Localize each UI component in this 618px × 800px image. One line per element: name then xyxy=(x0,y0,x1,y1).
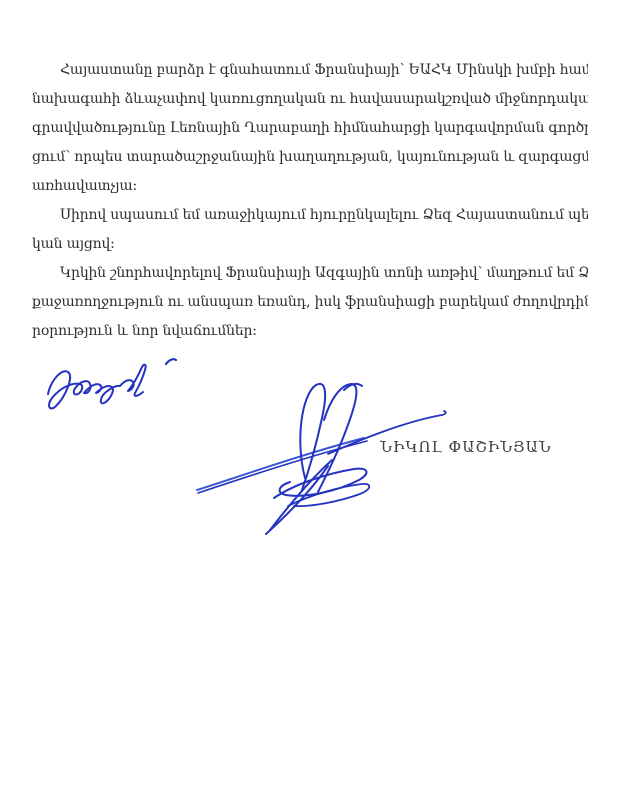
text-line: քաջառողջություն ու անսպառ եռանդ, իսկ ֆրա… xyxy=(32,288,588,317)
text-line: առհավատչյա։ xyxy=(32,172,588,201)
text-line: գրավվածությունը Լեռնային Ղարաբաղի հիմնահ… xyxy=(32,114,588,143)
text-line: Սիրով սպասում եմ առաջիկայում հյուրընկալե… xyxy=(32,201,588,230)
signature xyxy=(178,378,478,543)
text-line: Հայաստանը բարձր է գնահատում Ֆրանսիայի՝ Ե… xyxy=(32,56,588,85)
text-line: նախագահի ձևաչափով կառուցողական ու հավասա… xyxy=(32,85,588,114)
signer-name: ՆԻԿՈԼ ՓԱՇԻՆՅԱՆ xyxy=(380,438,552,456)
text-line: ցում՝ որպես տարածաշրջանային խաղաղության,… xyxy=(32,143,588,172)
letter-body: Հայաստանը բարձր է գնահատում Ֆրանսիայի՝ Ե… xyxy=(32,56,588,346)
handwritten-closing xyxy=(38,352,193,420)
letter-page: Հայաստանը բարձր է գնահատում Ֆրանսիայի՝ Ե… xyxy=(0,0,618,800)
text-line: կան այցով։ xyxy=(32,230,588,259)
text-line: րօրություն և նոր նվաճումներ։ xyxy=(32,317,588,346)
text-line: Կրկին շնորհավորելով Ֆրանսիայի Ազգային տո… xyxy=(32,259,588,288)
